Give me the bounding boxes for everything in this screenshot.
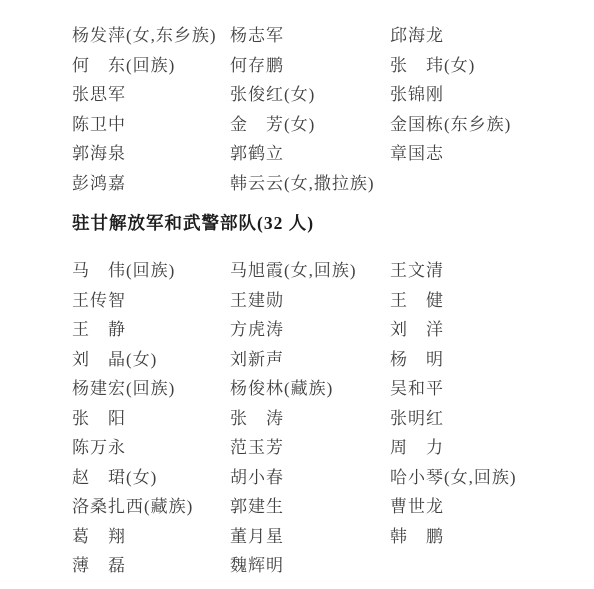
name-cell: 郭建生 <box>230 492 390 522</box>
name-cell: 马 伟(回族) <box>72 256 230 286</box>
name-cell: 范玉芳 <box>230 433 390 463</box>
name-row: 郭海泉郭鹤立章国志 <box>72 139 574 169</box>
name-row: 杨发萍(女,东乡族)杨志军邱海龙 <box>72 21 574 51</box>
name-cell: 葛 翔 <box>72 522 230 552</box>
name-cell: 吴和平 <box>390 374 574 404</box>
name-cell: 哈小琴(女,回族) <box>390 463 574 493</box>
name-cell: 王文清 <box>390 256 574 286</box>
name-cell: 杨建宏(回族) <box>72 374 230 404</box>
name-cell: 彭鸿嘉 <box>72 169 230 199</box>
name-row: 张 阳张 涛张明红 <box>72 404 574 434</box>
name-row: 张思军张俊红(女)张锦刚 <box>72 80 574 110</box>
name-cell: 郭海泉 <box>72 139 230 169</box>
name-cell: 杨发萍(女,东乡族) <box>72 21 230 51</box>
name-cell: 王 健 <box>390 286 574 316</box>
name-cell: 周 力 <box>390 433 574 463</box>
name-cell: 金 芳(女) <box>230 110 390 140</box>
name-cell: 张明红 <box>390 404 574 434</box>
name-cell: 杨 明 <box>390 345 574 375</box>
name-cell: 马旭霞(女,回族) <box>230 256 390 286</box>
name-cell: 何存鹏 <box>230 51 390 81</box>
name-cell: 刘新声 <box>230 345 390 375</box>
document-page: 杨发萍(女,东乡族)杨志军邱海龙何 东(回族)何存鹏张 玮(女)张思军张俊红(女… <box>0 0 594 589</box>
name-cell: 张俊红(女) <box>230 80 390 110</box>
name-cell: 刘 晶(女) <box>72 345 230 375</box>
name-cell: 王 静 <box>72 315 230 345</box>
name-row: 何 东(回族)何存鹏张 玮(女) <box>72 51 574 81</box>
name-cell: 张 涛 <box>230 404 390 434</box>
name-cell: 张思军 <box>72 80 230 110</box>
name-cell: 韩 鹏 <box>390 522 574 552</box>
name-cell: 张锦刚 <box>390 80 574 110</box>
name-cell: 邱海龙 <box>390 21 574 51</box>
name-cell: 刘 洋 <box>390 315 574 345</box>
name-row: 陈万永范玉芳周 力 <box>72 433 574 463</box>
name-row: 赵 珺(女)胡小春哈小琴(女,回族) <box>72 463 574 493</box>
name-cell: 章国志 <box>390 139 574 169</box>
name-cell: 张 阳 <box>72 404 230 434</box>
name-cell: 薄 磊 <box>72 551 230 581</box>
name-cell: 魏辉明 <box>230 551 390 581</box>
name-cell: 胡小春 <box>230 463 390 493</box>
name-row: 洛桑扎西(藏族)郭建生曹世龙 <box>72 492 574 522</box>
name-cell <box>390 169 574 199</box>
section-heading: 驻甘解放军和武警部队(32 人) <box>72 208 574 238</box>
name-cell: 陈万永 <box>72 433 230 463</box>
name-cell: 方虎涛 <box>230 315 390 345</box>
name-cell: 董月星 <box>230 522 390 552</box>
name-row: 薄 磊魏辉明 <box>72 551 574 581</box>
name-cell: 杨志军 <box>230 21 390 51</box>
name-cell: 陈卫中 <box>72 110 230 140</box>
name-cell <box>390 551 574 581</box>
name-row: 杨建宏(回族)杨俊林(藏族)吴和平 <box>72 374 574 404</box>
name-row: 陈卫中金 芳(女)金国栋(东乡族) <box>72 110 574 140</box>
name-row: 马 伟(回族)马旭霞(女,回族)王文清 <box>72 256 574 286</box>
name-cell: 王建勋 <box>230 286 390 316</box>
name-cell: 赵 珺(女) <box>72 463 230 493</box>
name-row: 王 静方虎涛刘 洋 <box>72 315 574 345</box>
name-cell: 杨俊林(藏族) <box>230 374 390 404</box>
name-cell: 王传智 <box>72 286 230 316</box>
name-list-continued: 杨发萍(女,东乡族)杨志军邱海龙何 东(回族)何存鹏张 玮(女)张思军张俊红(女… <box>72 21 574 198</box>
name-cell: 曹世龙 <box>390 492 574 522</box>
name-cell: 洛桑扎西(藏族) <box>72 492 230 522</box>
name-row: 彭鸿嘉韩云云(女,撒拉族) <box>72 169 574 199</box>
name-cell: 金国栋(东乡族) <box>390 110 574 140</box>
name-row: 葛 翔董月星韩 鹏 <box>72 522 574 552</box>
name-cell: 韩云云(女,撒拉族) <box>230 169 390 199</box>
name-row: 王传智王建勋王 健 <box>72 286 574 316</box>
name-cell: 郭鹤立 <box>230 139 390 169</box>
name-row: 刘 晶(女)刘新声杨 明 <box>72 345 574 375</box>
name-cell: 何 东(回族) <box>72 51 230 81</box>
name-list-military-section: 马 伟(回族)马旭霞(女,回族)王文清王传智王建勋王 健王 静方虎涛刘 洋刘 晶… <box>72 256 574 581</box>
name-cell: 张 玮(女) <box>390 51 574 81</box>
